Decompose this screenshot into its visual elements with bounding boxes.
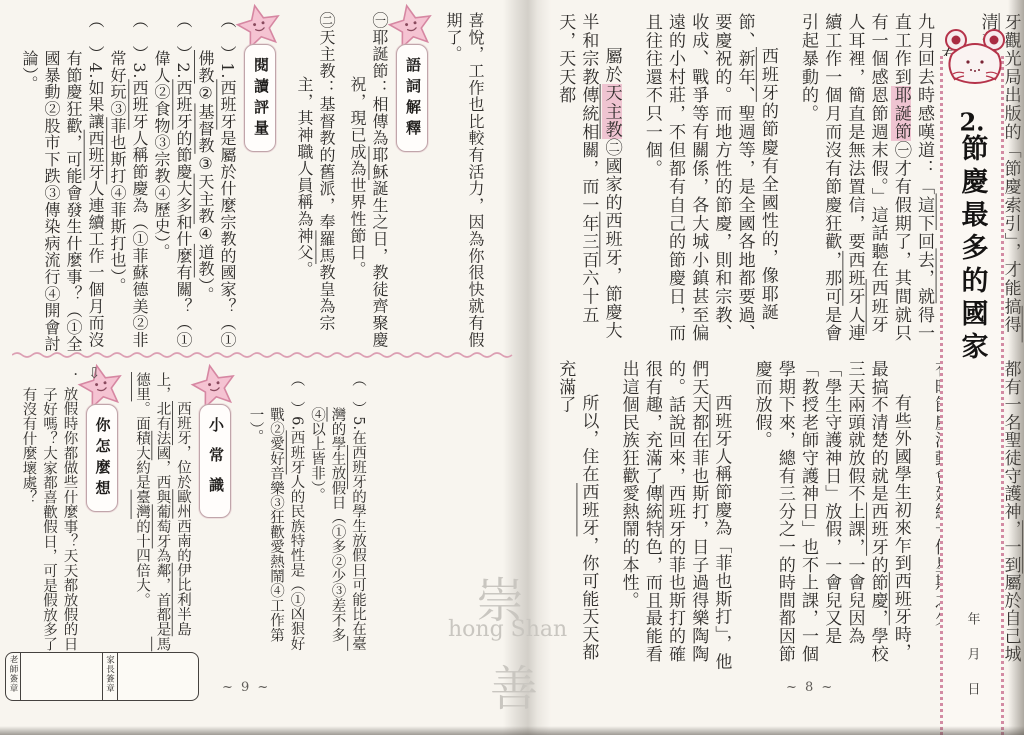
lesson-title: 2.節慶最多的國家: [953, 110, 992, 365]
story-continuation: 喜悅，工作也比較有活力，因為你很快就有假期了。: [442, 12, 486, 354]
think-section-badge: 你怎麼想: [80, 372, 126, 654]
wavy-divider: [12, 350, 516, 360]
think-section-label: 你怎麼想: [86, 404, 118, 512]
teacher-signature-label: 老師簽章: [6, 653, 21, 700]
date-fill-in-line: 年月日: [963, 612, 982, 717]
trivia-section-badge: 小常識: [193, 372, 239, 654]
parent-signature-label: 家長簽章: [103, 653, 118, 700]
teacher-signature-cell: 老師簽章: [6, 653, 103, 700]
page-edge-shadow: [1008, 0, 1024, 735]
book-spread: 崇 hong Shan 善 喜悅，工作也比較有活力，因為你很快就有假期了。 語詞…: [0, 0, 1024, 735]
reading-section-badge: 閱讀評量: [238, 12, 284, 354]
reading-questions-5-6: （ ）5.在西班牙的學生放假日可能比在臺灣的學生放假日（①多②少③差不多④以上皆…: [245, 372, 368, 654]
lesson-title-text: 節慶最多的國家: [957, 134, 988, 365]
left-bottom-vertical-text: （ ）5.在西班牙的學生放假日可能比在臺灣的學生放假日（①多②少③差不多④以上皆…: [12, 372, 368, 654]
left-page-bottom-band: （ ）5.在西班牙的學生放假日可能比在臺灣的學生放假日（①多②少③差不多④以上皆…: [12, 372, 510, 654]
left-top-vertical-text: 喜悅，工作也比較有活力，因為你很快就有假期了。 語詞解釋 ㊀耶誕節：相傳為耶穌誕…: [12, 12, 486, 354]
lesson-number: 2.: [958, 110, 987, 134]
right-page-top-band: 西班牙的節慶日之多，令人難以想像，幾乎每個月都有，而春秋之際各大城小鎮的節慶更是…: [536, 13, 938, 350]
vocab-definitions: ㊀耶誕節：相傳為耶穌誕生之日，教徒齊聚慶祝，現已成為世界性節日。㊁天主教：基督教…: [293, 12, 390, 354]
think-question-text: ．放假時你都做些什麼事？天天都放假的日子好嗎？大家都喜歡假日，可是假放多了有沒有…: [18, 372, 80, 654]
parent-signature-cell: 家長簽章: [103, 653, 199, 700]
trivia-text: 西班牙，位於歐州西南的伊比利半島上，北有法國，西與葡萄牙為鄰，首都是馬德里。面積…: [132, 372, 194, 654]
reading-questions-1-4: （ ）1.西班牙是屬於什麼宗教的國家？（①佛教②基督教③天主教④道教）。（ ）2…: [18, 12, 238, 354]
trivia-section-label: 小常識: [199, 404, 231, 518]
vocab-section-label: 語詞解釋: [396, 44, 428, 152]
lesson-title-strip: 2.節慶最多的國家 年月日: [940, 56, 1004, 735]
teacher-signature-space: [21, 653, 102, 700]
page-number-9: ~ 9 ~: [222, 680, 270, 695]
page-number-8: ~ 8 ~: [786, 680, 834, 695]
workbook-scan-body: { "right_page": { "title_num": "2.", "ti…: [0, 0, 1024, 735]
vocab-section-badge: 語詞解釋: [390, 12, 436, 354]
parent-signature-space: [118, 653, 199, 700]
continuation-arrow-icon: ⇩: [88, 364, 101, 382]
page-8: 西班牙的節慶日之多，令人難以想像，幾乎每個月都有，而春秋之際各大城小鎮的節慶更是…: [528, 0, 1016, 735]
page-9: 喜悅，工作也比較有活力，因為你很快就有假期了。 語詞解釋 ㊀耶誕節：相傳為耶穌誕…: [0, 0, 520, 735]
reading-section-label: 閱讀評量: [244, 44, 276, 152]
mouse-icon: [942, 26, 1008, 90]
left-page-top-band: 喜悅，工作也比較有活力，因為你很快就有假期了。 語詞解釋 ㊀耶誕節：相傳為耶穌誕…: [12, 12, 514, 354]
signature-box: 老師簽章 家長簽章: [5, 652, 199, 701]
bottom-edge-shadow: [0, 726, 1024, 735]
right-page-bottom-band: 是不同聖徒的節日。西班牙每一個城鎮都有一名聖徒守護神，一到屬於自己城鎮聖徒守護神…: [536, 360, 938, 678]
